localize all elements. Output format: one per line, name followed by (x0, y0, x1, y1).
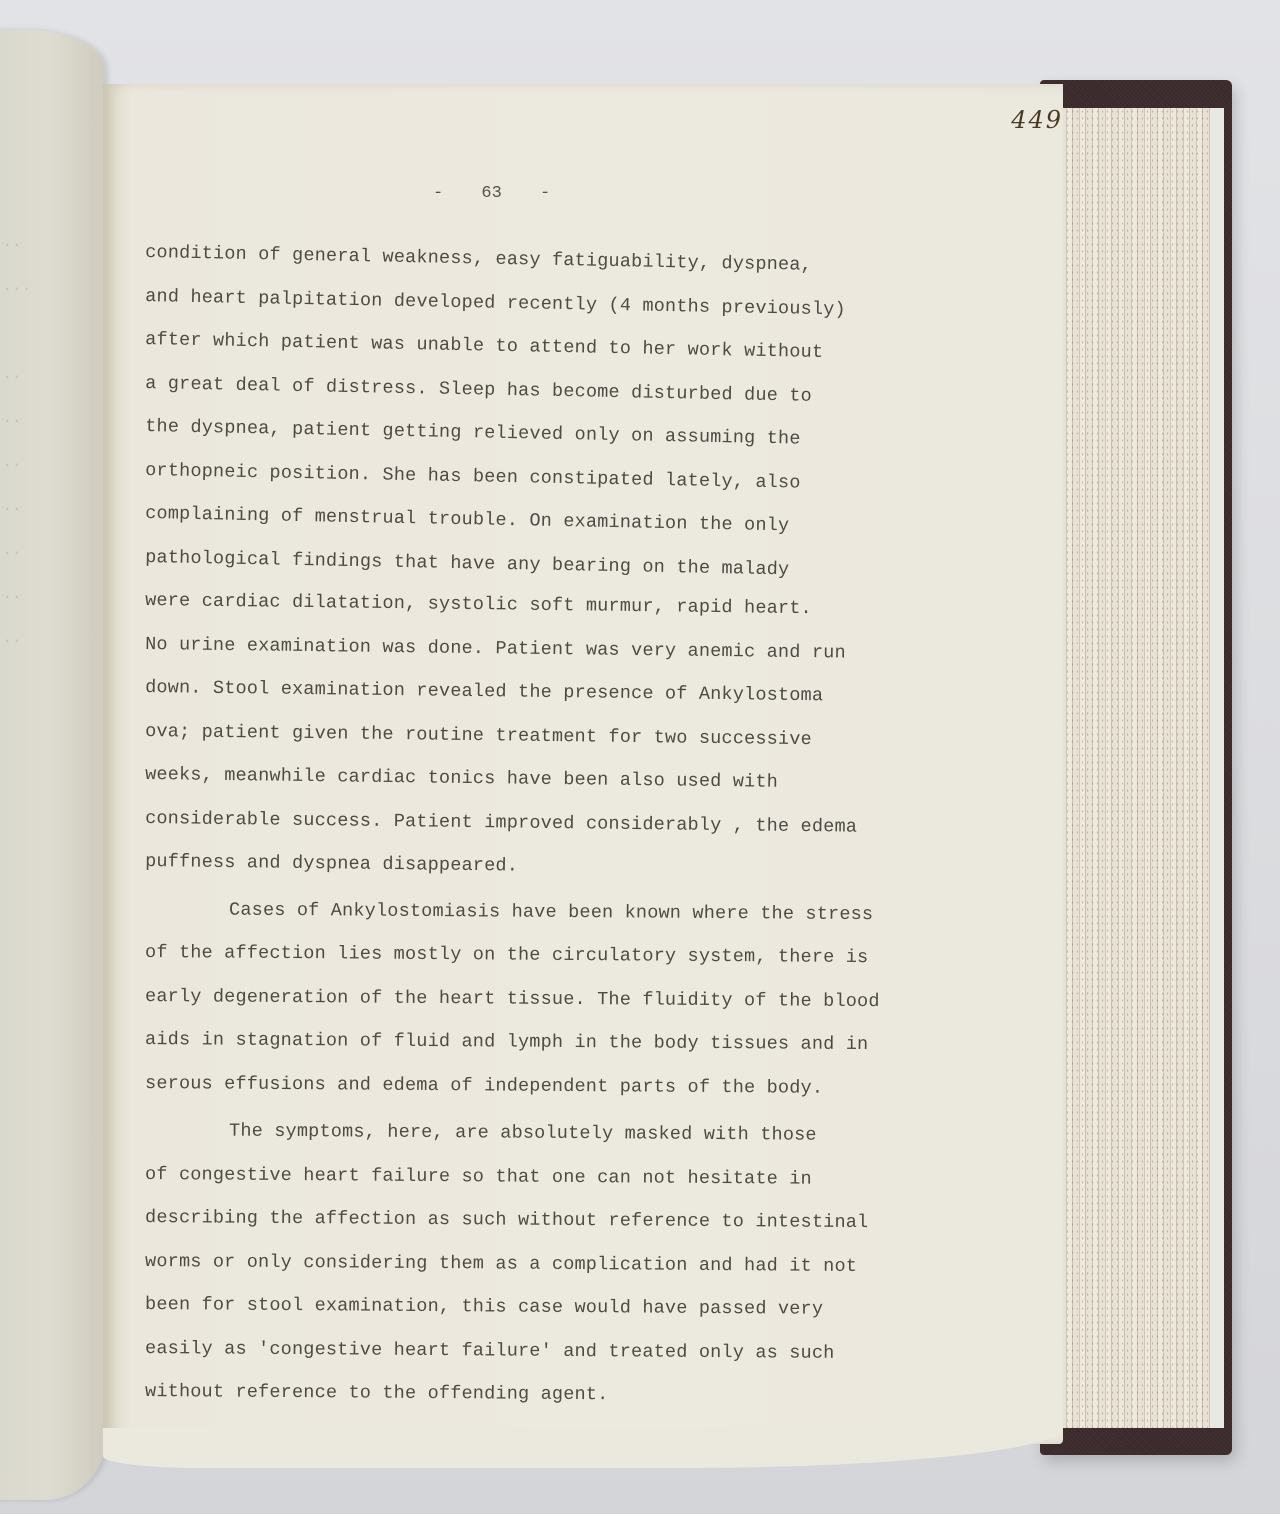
text-line: of the affection lies mostly on the circ… (145, 942, 965, 991)
text-line: of congestive heart failure so that one … (145, 1164, 965, 1213)
paragraph-1: condition of general weakness, easy fati… (145, 242, 965, 895)
text-line: aids in stagnation of fluid and lymph in… (145, 1029, 965, 1078)
page-number: - 63 - (433, 184, 550, 203)
facing-page-bleedthrough: ...... ...... .... ...... ...... ...... … (0, 220, 60, 660)
text-line: without reference to the offending agent… (145, 1381, 965, 1430)
document-page: 449 - 63 - condition of general weakness… (103, 84, 1063, 1444)
text-line: Cases of Ankylostomiasis have been known… (145, 899, 965, 948)
text-line: serous effusions and edema of independen… (145, 1073, 965, 1122)
folio-number: 449 (1011, 106, 1063, 134)
text-line: The symptoms, here, are absolutely maske… (145, 1120, 965, 1169)
paragraph-3: The symptoms, here, are absolutely maske… (145, 1120, 965, 1425)
text-line: describing the affection as such without… (145, 1207, 965, 1256)
body-text: condition of general weakness, easy fati… (145, 242, 965, 1425)
text-line: been for stool examination, this case wo… (145, 1294, 965, 1343)
page-block-edges (1060, 108, 1224, 1428)
text-line: early degeneration of the heart tissue. … (145, 986, 965, 1035)
text-line: easily as 'congestive heart failure' and… (145, 1338, 965, 1387)
text-line: worms or only considering them as a comp… (145, 1251, 965, 1300)
paragraph-2: Cases of Ankylostomiasis have been known… (145, 899, 965, 1117)
facing-page-left: ...... ...... .... ...... ...... ...... … (0, 30, 105, 1500)
